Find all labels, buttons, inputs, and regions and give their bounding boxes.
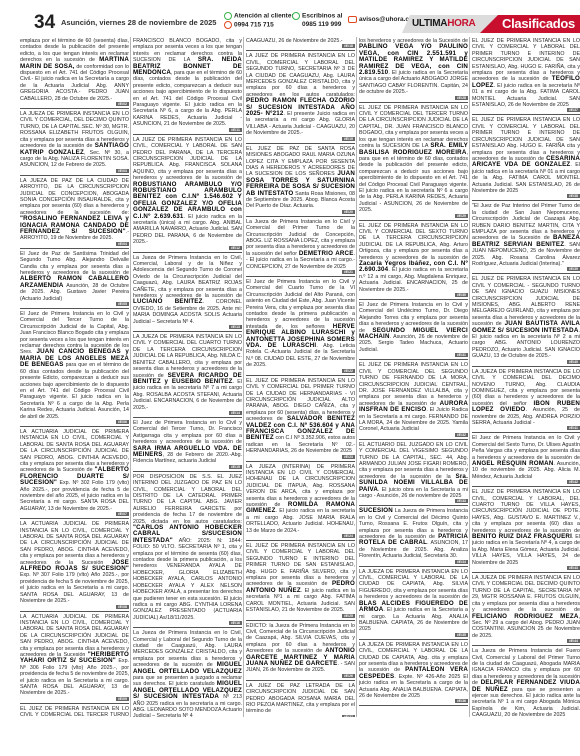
legal-notice: El Juez de Primera Instancia en lo Civil… — [472, 434, 580, 487]
notice-text: , para que en el término de 60 días, con… — [133, 70, 242, 127]
notice-code: #E/20 — [342, 210, 355, 214]
notice-text: LA JUEZA DE PAZ DE LA CIUDAD DE ARROYITO… — [20, 178, 129, 216]
notice-code: #E/29 — [455, 214, 468, 218]
notice-text: POR DISPOSICION DE S.S. EL JUEZ INTERINO… — [133, 474, 242, 525]
classifieds-columns: emplaza por el término de 60 (sesenta) d… — [20, 37, 580, 717]
notice-code-wrap: #E/34 — [359, 560, 468, 564]
notice-code: #E/21 — [342, 270, 355, 274]
deceased-name: FELICIANO RODRIGUEZ MEZA — [472, 613, 579, 620]
write-us-contact: Escribinos al 0985 119 999 — [292, 12, 342, 29]
notice-code-wrap: #E/18 — [246, 44, 355, 48]
legal-notice: El Juez de Primera Instancia en lo Civil… — [359, 301, 468, 360]
contact-phone: 0985 119 999 — [302, 21, 341, 28]
notice-code: #E/44 — [567, 639, 580, 643]
section-title: Clasificados — [502, 16, 575, 31]
legal-notice: EL JUEZ DE PRIMERA INSTANCIA EN LO CIVIL… — [359, 361, 468, 439]
legal-notice: LA ACTUARIA JUDICIAL DE PRIMERA INSTANCI… — [20, 428, 129, 519]
notice-code-wrap: #E/24 — [246, 534, 355, 538]
notice-code-wrap: #E/23 — [246, 455, 355, 459]
notice-code-wrap: #E/40 — [472, 360, 580, 364]
legal-notice: "El Juez de Paz Interino del Primer Turn… — [472, 202, 580, 274]
legal-notice: El Juez de Primera Instancia en lo Civil… — [20, 310, 129, 427]
legal-notice: POR DISPOSICION DE S.S. EL JUEZ INTERINO… — [133, 473, 242, 628]
notice-code-wrap: #E/05 — [20, 302, 129, 306]
notice-text: LA JUEZ DE PAZ LETRADA DE LA CIRCUNSCRIP… — [246, 683, 355, 715]
publication-date: Asunción, viernes 28 de noviembre de 202… — [61, 18, 216, 27]
notice-text: Exp. Nº 306 Folio 179 (vlto) Año 2025.-,… — [20, 658, 129, 696]
notice-code: #E/04 — [116, 242, 129, 246]
legal-notice: EL JUEZ DE PRIMERA INSTANCIA EN LO CIVIL… — [359, 222, 468, 300]
legal-notice: LA JUEZA (INTERINA) DE PRIMERA INSTANCIA… — [246, 463, 355, 541]
notice-code-wrap: #E/39 — [472, 267, 580, 271]
notice-code-wrap: #E/37 — [472, 108, 580, 112]
notice-code-wrap: #E/25 — [246, 614, 355, 618]
notice-code: #E/07 — [116, 512, 129, 516]
legal-notice: LA JUEZA DE PRIMERA INSTANCIA EN LO CIVI… — [133, 333, 242, 418]
notice-text: de conformidad con lo dispuesto en el Ar… — [20, 64, 129, 102]
brand-banner: ULTIMAHORA Clasificados — [402, 15, 580, 33]
legal-notice: EL ACTUARIO DEL JUZGADO EN LO CIVIL Y CO… — [359, 441, 468, 507]
phone-icon — [224, 21, 232, 29]
notice-code: #E/25 — [342, 614, 355, 618]
notice-code: #E/05 — [116, 302, 129, 306]
notice-code: #E/43 — [567, 566, 580, 570]
notice-text: El Juez de Primera Instancia en lo Civil… — [133, 420, 242, 445]
notice-code-wrap: #E/02 — [20, 102, 129, 106]
notice-code: #E/37 — [567, 108, 580, 112]
legal-notice: LA JUEZA DE PAZ DE LA CIUDAD DE ARROYITO… — [20, 177, 129, 249]
mail-icon — [348, 16, 357, 23]
notice-code: #E/39 — [567, 267, 580, 271]
notice-code: #E/26 — [342, 674, 355, 678]
notice-code-wrap: #E/11 — [133, 128, 242, 132]
column-3: CAAGUAZU, 26 de Noviembre de 2025.-#E/18… — [246, 37, 355, 717]
deceased-name: BENITO RUIZ DIAZ FRASQUERI — [472, 533, 572, 540]
notice-code-wrap: #E/14 — [133, 411, 242, 415]
notice-code: #E/42 — [567, 480, 580, 484]
notice-code-wrap: #E/20 — [246, 210, 355, 214]
notice-code-wrap: #E/43 — [472, 566, 580, 570]
legal-notice: CAAGUAZU, 26 de Noviembre de 2025.-#E/18 — [246, 37, 355, 51]
notice-text: El Juez de Primera Instancia en lo Civil… — [472, 435, 580, 460]
notice-code: #E/35 — [455, 633, 468, 637]
notice-text: EL JUEZ DE PRIMERA INSTANCIA EN LO CIVIL… — [359, 223, 468, 261]
legal-notice: EDICTO: la Jueza de Primera Instancia en… — [246, 622, 355, 681]
notice-text: EL JUEZ DE PRIMERA INSTANCIA EN LO CIVIL… — [20, 706, 129, 717]
notice-code: #E/31 — [455, 353, 468, 357]
legal-notice: EL JUEZ DE PAZ DE SANTA ROSA MISIONES AB… — [246, 145, 355, 217]
notice-code-wrap: #E/33 — [359, 499, 468, 503]
notice-text: Exp. Nº 307 Folio 179 (vlto) Año 2025.-,… — [20, 572, 129, 604]
notice-code-wrap: #E/42 — [472, 480, 580, 484]
column-4: los herederos y acreedores de la Sucesió… — [359, 37, 468, 717]
legal-notice: LA JUEZ DE PRIMERA INSTANCIA EN LO CIVIL… — [246, 52, 355, 143]
legal-notice: LA JUEZA DE PRIMERA INSTANCIA DE LO CIVI… — [472, 368, 580, 434]
deceased-name: DEMETRIO ARCE — [299, 250, 354, 257]
legal-notice: LA ACTUARIA JUDICIAL DE PRIMERA INSTANCI… — [20, 520, 129, 611]
notice-code: #E/09 — [116, 697, 129, 701]
notice-text: , para que en el término de 60 días, con… — [359, 150, 468, 214]
legal-notice: EL JUEZ DE PRIMERA INSTANCIA EN LO CIVIL… — [20, 705, 129, 717]
deceased-name: "ROSALINO FERNANDEZ LEIVA y IGNACIA RAMO… — [20, 215, 129, 235]
legal-notice: La Jueza de Primera Instancia del Fuero … — [472, 647, 580, 717]
notice-code-wrap: #E/28 — [359, 96, 468, 100]
notice-code: #E/24 — [342, 534, 355, 538]
page-number: 34 — [34, 12, 55, 34]
notice-code-wrap: #E/19 — [246, 137, 355, 141]
whatsapp-icon — [224, 12, 232, 20]
deceased-name: SUCESION — [359, 507, 393, 514]
notice-code-wrap: #E/30 — [359, 293, 468, 297]
deceased-name: ANGEL RESQUIN ROMAN — [472, 460, 554, 467]
notice-text: LA JUEZA DE PRIMERA INSTANCIA EN LO CIVI… — [359, 569, 468, 601]
notice-text: AÑO: 2025: N: 1844: FOLIO: 50 VLTO. SECR… — [133, 538, 242, 621]
notice-text: para que en el término de 60 días contad… — [20, 362, 129, 419]
legal-notice: La Jueza de Primera Instancia en lo Civi… — [133, 254, 242, 332]
legal-notice: La Jueza de Primera Instancia en lo Civi… — [133, 629, 242, 717]
ultimahora-logo: ULTIMAHORA — [412, 18, 475, 29]
notice-code: #E/13 — [229, 325, 242, 329]
notice-code-wrap: #E/09 — [20, 697, 129, 701]
notice-code: #E/33 — [455, 499, 468, 503]
notice-code: #E/23 — [342, 455, 355, 459]
notice-code: #E/40 — [567, 360, 580, 364]
notice-code-wrap: #E/44 — [472, 639, 580, 643]
notice-code: #E/38 — [567, 194, 580, 198]
notice-code: #E/11 — [229, 128, 242, 132]
legal-notice: EL JUEZ DE PRIMERA INSTANCIA EN LO CIVIL… — [359, 104, 468, 221]
legal-notice: LA JUEZA DE PRIMERA INSTANCIA EN LO CIVI… — [359, 641, 468, 707]
legal-notice: LA JUEZ DE PAZ LETRADA DE LA CIRCUNSCRIP… — [246, 682, 355, 717]
column-5: EL JUEZ DE PRIMERA INSTANCIA EN LO CIVIL… — [472, 37, 580, 717]
notice-code: #E/03 — [116, 169, 129, 173]
notice-text: LA JUEZ DE PRIMERA INSTANCIA EN LO CIVIL… — [246, 53, 355, 97]
column-2: FRANCISCO BLANCO BOGADO, cita y emplaza … — [133, 37, 242, 717]
contact-label: Atención al cliente: — [234, 13, 294, 20]
legal-notice: EL JUEZ DE PRIMERA INSTANCIA EN LO CIVIL… — [472, 488, 580, 573]
notice-code-wrap: #E/31 — [359, 353, 468, 357]
notice-code-wrap: #E/35 — [359, 633, 468, 637]
notice-code: #E/08 — [116, 605, 129, 609]
notice-code-wrap: #E/07 — [20, 512, 129, 516]
legal-notice: El Juez de Primera Instancia en lo Civil… — [133, 419, 242, 472]
notice-code-wrap: #E/08 — [20, 605, 129, 609]
notice-code: #E/36 — [455, 699, 468, 703]
notice-code-wrap: #E/38 — [472, 194, 580, 198]
notice-code: #E/34 — [455, 560, 468, 564]
notice-code: #E/22 — [342, 369, 355, 373]
logo-hora: HORA — [447, 18, 475, 29]
legal-notice: FRANCISCO BLANCO BOGADO, cita y emplaza … — [133, 37, 242, 135]
notice-text: CAAGUAZU, 26 de Noviembre de 2025.- — [246, 38, 343, 44]
notice-code-wrap: #E/12 — [133, 246, 242, 250]
logo-ultima: ULTIMA — [412, 18, 447, 29]
notice-text: EL ACTUARIO DEL JUZGADO EN LO CIVIL Y CO… — [359, 442, 468, 480]
notice-text: LA JUEZ DE PRIMERA INSTANCIA EN LO CIVIL… — [133, 137, 242, 181]
notice-code-wrap: #E/22 — [246, 369, 355, 373]
legal-notice: EL JUEZ DE PRIMERA INSTANCIA EN LO CIVIL… — [472, 116, 580, 201]
notice-code: #E/27 — [342, 715, 355, 717]
page-header: 34 Asunción, viernes 28 de noviembre de … — [0, 0, 580, 34]
notice-code: #E/32 — [455, 433, 468, 437]
contact-label: Escribinos al — [302, 13, 342, 20]
notice-code-wrap: #E/06 — [20, 420, 129, 424]
deceased-name: LUCIANO BENITEZ — [133, 298, 203, 305]
notice-text: La Jueza de Primera Instancia en lo Civi… — [133, 255, 242, 299]
notice-code: #E/14 — [229, 411, 242, 415]
legal-notice: LA JUEZA DE PRIMERA INSTANCIA EN LO CIVI… — [359, 568, 468, 640]
notice-code-wrap: #E/13 — [133, 325, 242, 329]
notice-text: El Juez de Paz de Santísima Trinidad del… — [20, 251, 129, 276]
column-1: emplaza por el término de 60 (sesenta) d… — [20, 37, 129, 717]
notice-code: #E/12 — [229, 246, 242, 250]
notice-code-wrap: #E/04 — [20, 242, 129, 246]
notice-code-wrap: #E/29 — [359, 214, 468, 218]
notice-code-wrap: #E/32 — [359, 433, 468, 437]
legal-notice: El Juez de Primera Instancia en lo Civil… — [246, 278, 355, 376]
legal-notice: LA ACTUARIA JUDICIAL DE PRIMERA INSTANCI… — [20, 613, 129, 704]
legal-notice: EL JUEZ DE PRIMERA INSTANCIA EN LO CIVIL… — [246, 542, 355, 620]
notice-code-wrap: #E/27 — [246, 715, 355, 717]
notice-code: #E/19 — [342, 137, 355, 141]
notice-code-wrap: #E/26 — [246, 674, 355, 678]
legal-notice: LA JUEZA DE PRIMERA INSTANCIA EN LO CIVI… — [20, 110, 129, 176]
whatsapp-icon — [292, 12, 300, 20]
notice-code: #E/02 — [116, 102, 129, 106]
legal-notice: El Juez de Paz de Santísima Trinidad del… — [20, 250, 129, 309]
legal-notice: emplaza por el término de 60 (sesenta) d… — [20, 37, 129, 109]
notice-code: #E/06 — [116, 420, 129, 424]
legal-notice: los herederos y acreedores de la Sucesió… — [359, 37, 468, 103]
customer-service-contact: Atención al cliente: 0994 715 715 — [224, 12, 294, 29]
notice-text: EL JUEZ DE PRIMERA INSTANCIA EN LO CIVIL… — [472, 489, 580, 533]
legal-notice: LA JUEZ DE PRIMERA INSTANCIA EN LO CIVIL… — [133, 136, 242, 253]
notice-code-wrap: #E/36 — [359, 699, 468, 703]
notice-code: #E/28 — [455, 96, 468, 100]
notice-text: LA JUEZA DE PRIMERA INSTANCIA EN LO CIVI… — [472, 575, 580, 613]
notice-code: #E/18 — [342, 44, 355, 48]
legal-notice: SUCESION La Jueza de Primera Instancia e… — [359, 507, 468, 566]
contact-phone: 0994 715 715 — [234, 21, 274, 28]
notice-code: #E/41 — [567, 426, 580, 430]
legal-notice: EL JUEZ DE PRIMERA INSTANCIA EN LO CIVIL… — [246, 377, 355, 462]
notice-code: #E/16 — [229, 621, 242, 625]
notice-code-wrap: #E/21 — [246, 270, 355, 274]
notice-code-wrap: #E/03 — [20, 169, 129, 173]
notice-code-wrap: #E/16 — [133, 621, 242, 625]
notice-code-wrap: #E/15 — [133, 465, 242, 469]
legal-notice: EL JUEZ DE PRIMERA INSTANCIA EN LO CIVIL… — [472, 37, 580, 115]
legal-notice: LA JUEZA DE PRIMERA INSTANCIA EN LO CIVI… — [472, 574, 580, 646]
legal-notice: EL JUEZ DE PRIMERA INSTANCIA EN LO CIVIL… — [472, 275, 580, 366]
notice-code: #E/15 — [229, 465, 242, 469]
notice-code-wrap: #E/41 — [472, 426, 580, 430]
legal-notice: La Jueza de Primera Instancia en lo Civi… — [246, 218, 355, 277]
notice-code: #E/30 — [455, 293, 468, 297]
